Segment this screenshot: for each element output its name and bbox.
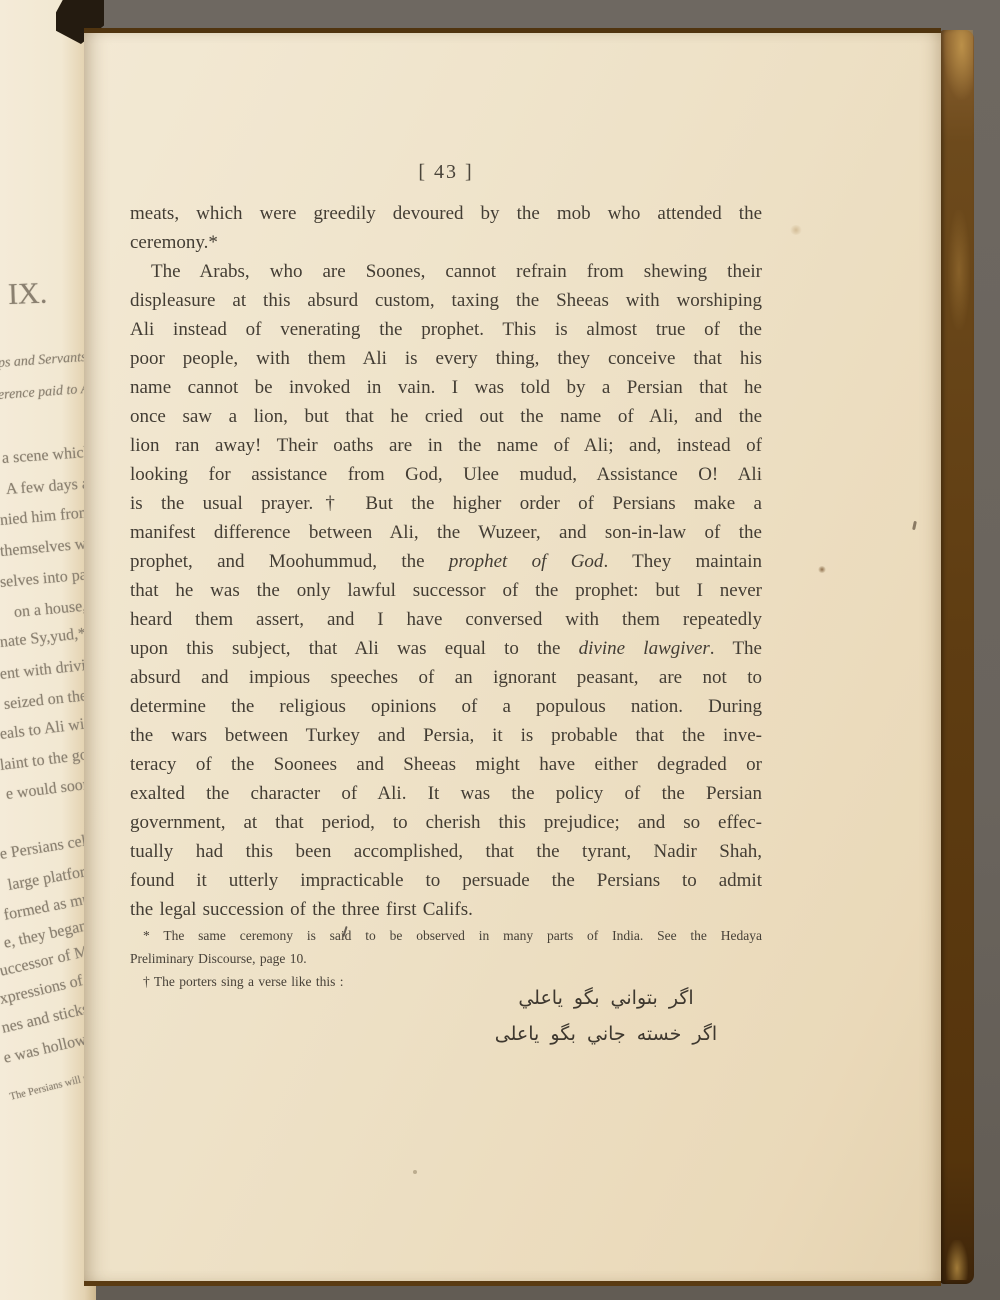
left-page-fragment: nate Sy,yud,* was so m: [0, 618, 96, 652]
body-line: looking for assistance from God, Ulee mu…: [130, 460, 762, 489]
body-line: once saw a lion, but that he cried out t…: [130, 402, 762, 431]
page-stain: [413, 1170, 417, 1174]
body-line: prophet, and Moohummud, the prophet of G…: [130, 547, 762, 576]
left-page-fragment: A few days after the p: [5, 471, 96, 499]
left-page-fragment: The Persians will not admit the: [9, 1060, 96, 1102]
left-page-fragment: eals to Ali with shame: [0, 709, 96, 744]
body-line: Ali instead of venerating the prophet. T…: [130, 315, 762, 344]
leather-wear-mark: [948, 210, 970, 330]
left-page-fragment: e Persians celebrated t: [0, 824, 96, 864]
body-line: tually had this been accomplished, that …: [130, 837, 762, 866]
body-line: poor people, with them Ali is every thin…: [130, 344, 762, 373]
body-line: the wars between Turkey and Persia, it i…: [130, 721, 762, 750]
body-line: that he was the only lawful successor of…: [130, 576, 762, 605]
persian-verse-line-1: اگر بتواني بگو ياعلي: [366, 987, 846, 1009]
photograph-background: { "page": { "number": "[ 43 ]", "body_li…: [0, 0, 1000, 1300]
leather-wear-mark: [943, 30, 973, 100]
left-page-fragment: ps and Servants—Celeb: [0, 347, 96, 372]
left-page-fragment: seized on the little fo: [3, 682, 96, 714]
left-page-fragment: IX.: [7, 277, 47, 312]
body-line: displeasure at this absurd custom, taxin…: [130, 286, 762, 315]
left-page-fragment: ent with driving the m: [0, 651, 96, 684]
body-line: ceremony.*: [130, 228, 762, 257]
persian-verse-line-2: اگر خسته جاني بگو ياعلی: [366, 1023, 846, 1045]
body-text: meats, which were greedily devoured by t…: [130, 199, 762, 924]
body-line: the legal succession of the three first …: [130, 895, 762, 924]
footnote-line: * The same ceremony is said to be observ…: [130, 924, 762, 947]
left-page-edge: IX.ps and Servants—Celeberence paid to A…: [0, 0, 96, 1300]
footnotes: * The same ceremony is said to be observ…: [130, 924, 762, 993]
page-stain: [912, 521, 917, 530]
left-page-fragment: nied him from Tahr: [0, 501, 96, 530]
body-line: The Arabs, who are Soones, cannot refrai…: [130, 257, 762, 286]
left-page-fragment: laint to the governor;: [0, 741, 96, 775]
left-page-fragment: erence paid to Ali.: [0, 381, 96, 404]
body-line: meats, which were greedily devoured by t…: [130, 199, 762, 228]
body-line: government, at that period, to cherish t…: [130, 808, 762, 837]
body-line: exalted the character of Ali. It was the…: [130, 779, 762, 808]
page-stain: [790, 225, 802, 235]
page: [ 43 ] meats, which were greedily devour…: [84, 28, 941, 1286]
body-line: upon this subject, that Ali was equal to…: [130, 634, 762, 663]
left-page-fragment: selves into parties of e: [0, 562, 96, 592]
body-line: heard them assert, and I have conversed …: [130, 605, 762, 634]
footnote-line: Preliminary Discourse, page 10.: [130, 947, 762, 970]
body-line: found it utterly impracticable to persua…: [130, 866, 762, 895]
body-line: lion ran away! Their oaths are in the na…: [130, 431, 762, 460]
page-stain: [818, 566, 826, 573]
body-line: absurd and impious speeches of an ignora…: [130, 663, 762, 692]
book: [ 43 ] meats, which were greedily devour…: [84, 28, 974, 1286]
leather-binding-edge: [940, 30, 974, 1284]
left-page-fragment: a scene which appea: [1, 441, 96, 468]
leather-wear-mark: [946, 1240, 968, 1280]
left-page-fragment: themselves with house: [0, 530, 96, 561]
body-line: teracy of the Soonees and Sheeas might h…: [130, 750, 762, 779]
body-line: name cannot be invoked in vain. I was to…: [130, 373, 762, 402]
body-line: is the usual prayer.† But the higher ord…: [130, 489, 762, 518]
left-page-fragment: e would soon have le: [5, 770, 96, 804]
body-line: determine the religious opinions of a po…: [130, 692, 762, 721]
page-number: [ 43 ]: [130, 161, 762, 184]
body-line: manifest difference between Ali, the Wuz…: [130, 518, 762, 547]
